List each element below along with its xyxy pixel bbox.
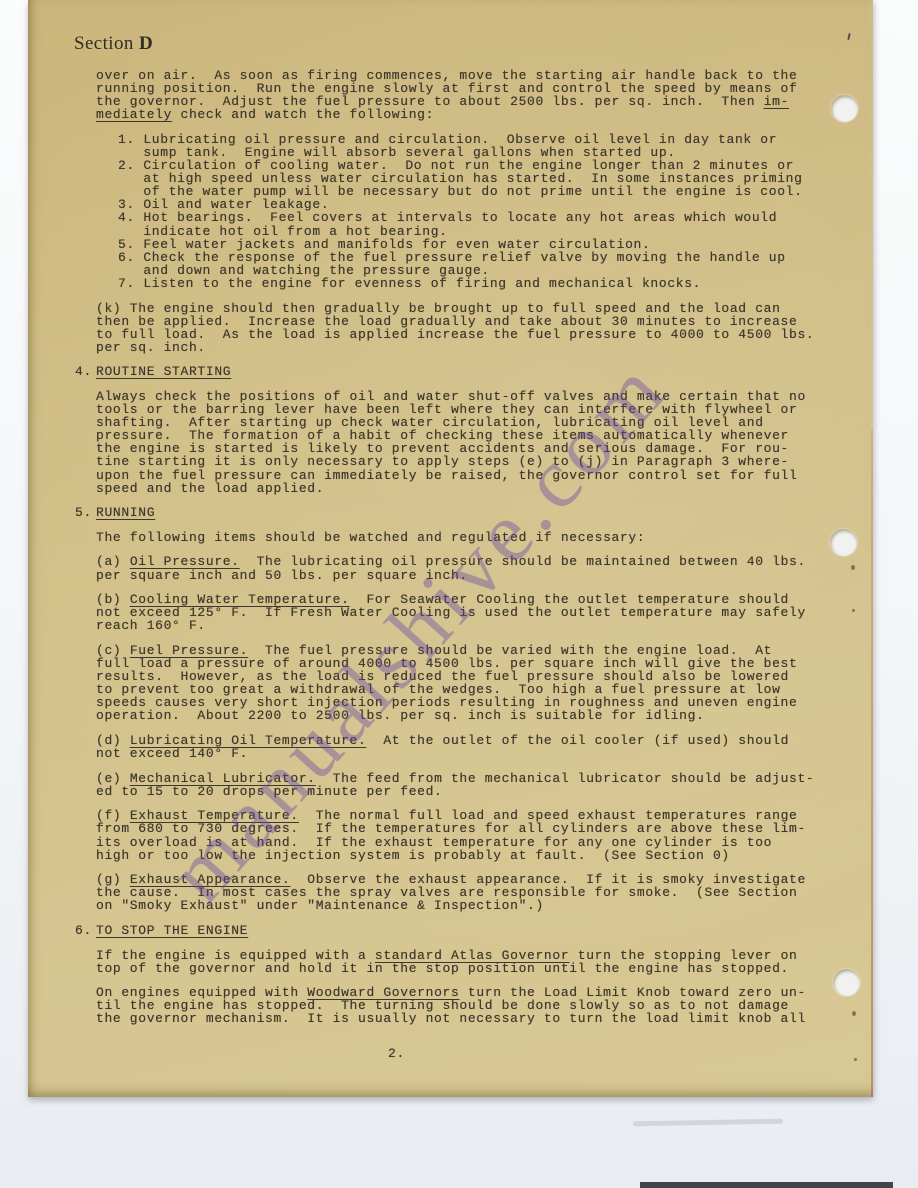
paragraph: (e) Mechanical Lubricator. The feed from… xyxy=(96,772,838,798)
text-line: its overload is at hand. If the exhaust … xyxy=(96,836,838,849)
text-line: (e) Mechanical Lubricator. The feed from… xyxy=(96,772,838,785)
text-line: then be applied. Increase the load gradu… xyxy=(96,315,838,328)
paragraph: over on air. As soon as firing commences… xyxy=(96,69,838,121)
section-heading: 4.ROUTINE STARTING xyxy=(75,365,817,378)
list-item-line: 6. Check the response of the fuel pressu… xyxy=(118,251,838,264)
paper-speck xyxy=(851,565,855,570)
punch-hole xyxy=(833,969,860,996)
paragraph: Always check the positions of oil and wa… xyxy=(96,390,838,495)
text-line: on "Smoky Exhaust" under "Maintenance & … xyxy=(96,899,838,912)
paragraph: (d) Lubricating Oil Temperature. At the … xyxy=(96,734,838,760)
paper-speck xyxy=(854,1058,857,1061)
text-line: operation. About 2200 to 2500 lbs. per s… xyxy=(96,709,838,722)
text-line: (a) Oil Pressure. The lubricating oil pr… xyxy=(96,555,838,568)
list-item-line: indicate hot oil from a hot bearing. xyxy=(118,225,838,238)
text-line: to full load. As the load is applied inc… xyxy=(96,328,838,341)
scanned-manual-page: { "page": { "section_label": "Section", … xyxy=(0,0,918,1188)
paragraph: On engines equipped with Woodward Govern… xyxy=(96,986,838,1025)
paragraph: (a) Oil Pressure. The lubricating oil pr… xyxy=(96,555,838,581)
text-line: the governor mechanism. It is usually no… xyxy=(96,1012,838,1025)
text-line: mediately check and watch the following: xyxy=(96,108,838,121)
text-line: per square inch and 50 lbs. per square i… xyxy=(96,569,838,582)
paragraph: (c) Fuel Pressure. The fuel pressure sho… xyxy=(96,644,838,723)
paragraph: (b) Cooling Water Temperature. For Seawa… xyxy=(96,593,838,632)
text-line: speed and the load applied. xyxy=(96,482,838,495)
paper-speck xyxy=(852,1011,856,1016)
text-line: top of the governor and hold it in the s… xyxy=(96,962,838,975)
text-line: tine starting it is only necessary to ap… xyxy=(96,455,838,468)
heading-number: 4. xyxy=(75,365,96,378)
list-item-line: 5. Feel water jackets and manifolds for … xyxy=(118,238,838,251)
page-number: 2. xyxy=(388,1046,405,1061)
text-line: not exceed 140° F. xyxy=(96,747,838,760)
heading-number: 6. xyxy=(75,924,96,937)
section-heading: 5.RUNNING xyxy=(75,506,817,519)
text-line: (k) The engine should then gradually be … xyxy=(96,302,838,315)
list-item-line: 4. Hot bearings. Feel covers at interval… xyxy=(118,211,838,224)
section-label: Section xyxy=(74,33,134,54)
section-letter: D xyxy=(139,33,153,54)
paper-speck xyxy=(852,609,855,612)
text-line: (c) Fuel Pressure. The fuel pressure sho… xyxy=(96,644,838,657)
underlined-text: mediately xyxy=(96,107,172,122)
list-item-line: and down and watching the pressure gauge… xyxy=(118,264,838,277)
heading-number: 5. xyxy=(75,506,96,519)
scan-edge-strip xyxy=(640,1182,893,1188)
section-header: Section D xyxy=(74,33,153,55)
numbered-list: 1. Lubricating oil pressure and circulat… xyxy=(118,133,838,290)
text-line: If the engine is equipped with a standar… xyxy=(96,949,838,962)
paper-edge-line xyxy=(871,430,873,1097)
heading-title: RUNNING xyxy=(96,505,155,520)
pencil-smudge xyxy=(633,1119,783,1127)
list-item-line: 7. Listen to the engine for evenness of … xyxy=(118,277,838,290)
text-line: per sq. inch. xyxy=(96,341,838,354)
paragraph: (f) Exhaust Temperature. The normal full… xyxy=(96,809,838,861)
heading-title: ROUTINE STARTING xyxy=(96,364,231,379)
text-line: reach 160° F. xyxy=(96,619,838,632)
text-line: high or too low the injection system is … xyxy=(96,849,838,862)
text-line: ed to 15 to 20 drops per minute per feed… xyxy=(96,785,838,798)
list-item-line: 1. Lubricating oil pressure and circulat… xyxy=(118,133,838,146)
paragraph: (g) Exhaust Appearance. Observe the exha… xyxy=(96,873,838,912)
document-body: over on air. As soon as firing commences… xyxy=(96,69,838,1037)
text-line: from 680 to 730 degrees. If the temperat… xyxy=(96,822,838,835)
paragraph: If the engine is equipped with a standar… xyxy=(96,949,838,975)
text-line: upon the fuel pressure can immediately b… xyxy=(96,469,838,482)
text-line: The following items should be watched an… xyxy=(96,531,838,544)
punch-hole xyxy=(830,529,857,556)
paragraph: The following items should be watched an… xyxy=(96,531,838,544)
paragraph: (k) The engine should then gradually be … xyxy=(96,302,838,354)
underlined-text: im- xyxy=(764,94,789,109)
punch-hole xyxy=(831,95,858,122)
section-heading: 6.TO STOP THE ENGINE xyxy=(75,924,817,937)
heading-title: TO STOP THE ENGINE xyxy=(96,923,248,938)
text-line: not exceed 125° F. If Fresh Water Coolin… xyxy=(96,606,838,619)
